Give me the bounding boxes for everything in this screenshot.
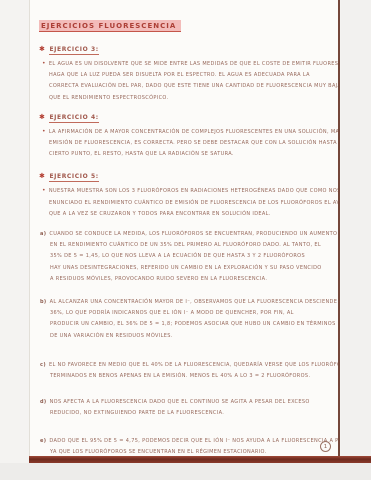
page-number-badge: 1	[320, 441, 331, 452]
handwritten-line: a)CUANDO SE CONDUCE LA MEDIDA, LOS FLUOR…	[40, 229, 333, 240]
dot-bullet-icon: •	[42, 128, 46, 135]
handwritten-line: ENUNCIADO EL RENDIMIENTO CUÁNTICO DE EMI…	[42, 198, 333, 209]
item-label: c)	[40, 362, 46, 368]
line-text: NOS AFECTA A LA FLUORESCENCIA DADO QUE E…	[50, 399, 310, 405]
handwritten-line: QUE A LA VEZ SE CRUZARON Y TODOS PARA EN…	[42, 209, 333, 220]
section-heading-ejercicio-3: ✱EJERCICIO 3:	[39, 45, 333, 53]
section-heading-label: EJERCICIO 5:	[49, 173, 98, 182]
notebook-page: EJERCICIOS FLUORESCENCIA ✱EJERCICIO 3: •…	[29, 0, 340, 457]
handwritten-line: •NUESTRA MUESTRA SON LOS 3 FLUORÓFOROS E…	[42, 185, 333, 197]
handwritten-line: EMISIÓN DE FLUORESCENCIA, ES CORRECTA. P…	[42, 138, 333, 149]
handwritten-line: REDUCIDO, NO EXTINGUIENDO PARTE DE LA FL…	[40, 408, 333, 419]
dot-bullet-icon: •	[42, 187, 46, 194]
handwritten-line: PRODUCIR UN CAMBIO, EL 36% DE 5 = 1,8; P…	[40, 319, 333, 330]
page-number: 1	[324, 444, 328, 450]
page-content: EJERCICIOS FLUORESCENCIA ✱EJERCICIO 3: •…	[38, 13, 333, 457]
handwritten-line: EN EL RENDIMIENTO CUÁNTICO DE UN 35% DEL…	[40, 240, 333, 251]
star-bullet-icon: ✱	[39, 172, 45, 180]
handwritten-line: c)EL NO FAVORECE EN MEDIO QUE EL 40% DE …	[40, 360, 333, 371]
handwritten-line: e)DADO QUE EL 95% DE 5 = 4,75, PODEMOS D…	[40, 436, 333, 447]
handwritten-line: b)AL ALCANZAR UNA CONCENTRACIÓN MAYOR DE…	[40, 297, 333, 308]
background-below-page	[0, 463, 371, 480]
notebook-cover-edge	[29, 456, 371, 463]
item-label: e)	[40, 438, 46, 444]
paragraph-ejercicio-4: •LA AFIRMACIÓN DE A MAYOR CONCENTRACIÓN …	[42, 126, 333, 161]
handwritten-line: A RESIDUOS MÓVILES, PROVOCANDO RUIDO SEV…	[40, 274, 333, 285]
handwritten-line: CIERTO PUNTO, EL RESTO, HASTA QUE LA RAD…	[42, 149, 333, 160]
paragraph-ejercicio-5-intro: •NUESTRA MUESTRA SON LOS 3 FLUORÓFOROS E…	[42, 185, 333, 220]
handwritten-line: CORRECTA EVALUACIÓN DEL PAR, DADO QUE ES…	[42, 81, 333, 92]
dot-bullet-icon: •	[42, 60, 46, 67]
line-text: DADO QUE EL 95% DE 5 = 4,75, PODEMOS DEC…	[49, 438, 340, 444]
handwritten-line: TERMINADOS EN BENOS APENAS EN LA EMISIÓN…	[40, 371, 333, 382]
item-label: d)	[40, 399, 47, 405]
line-text: EL NO FAVORECE EN MEDIO QUE EL 40% DE LA…	[49, 362, 340, 368]
line-text: AL ALCANZAR UNA CONCENTRACIÓN MAYOR DE I…	[50, 299, 340, 305]
page-title-text: EJERCICIOS FLUORESCENCIA	[39, 20, 181, 32]
answer-item-e: e)DADO QUE EL 95% DE 5 = 4,75, PODEMOS D…	[40, 436, 333, 457]
section-heading-ejercicio-4: ✱EJERCICIO 4:	[39, 113, 333, 121]
line-text: NUESTRA MUESTRA SON LOS 3 FLUORÓFOROS EN…	[49, 188, 340, 194]
answer-item-a: a)CUANDO SE CONDUCE LA MEDIDA, LOS FLUOR…	[40, 229, 333, 285]
handwritten-line: d)NOS AFECTA A LA FLUORESCENCIA DADO QUE…	[40, 397, 333, 408]
handwritten-line: •LA AFIRMACIÓN DE A MAYOR CONCENTRACIÓN …	[42, 126, 333, 138]
handwritten-line: QUE EL RENDIMIENTO ESPECTROSCÓPICO.	[42, 93, 333, 104]
handwritten-line: 35% DE 5 = 1,45, LO QUE NOS LLEVA A LA E…	[40, 251, 333, 262]
handwritten-line: •EL AGUA ES UN DISOLVENTE QUE SE MIDE EN…	[42, 58, 333, 70]
section-heading-label: EJERCICIO 4:	[49, 114, 98, 123]
handwritten-line: HAGA QUE LA LUZ PUEDA SER DISUELTA POR E…	[42, 70, 333, 81]
item-label: b)	[40, 299, 47, 305]
line-text: EL AGUA ES UN DISOLVENTE QUE SE MIDE ENT…	[49, 61, 340, 67]
answer-item-d: d)NOS AFECTA A LA FLUORESCENCIA DADO QUE…	[40, 397, 333, 419]
line-text: LA AFIRMACIÓN DE A MAYOR CONCENTRACIÓN D…	[49, 129, 340, 135]
paragraph-ejercicio-3: •EL AGUA ES UN DISOLVENTE QUE SE MIDE EN…	[42, 58, 333, 104]
section-heading-label: EJERCICIO 3:	[49, 46, 98, 55]
answer-item-c: c)EL NO FAVORECE EN MEDIO QUE EL 40% DE …	[40, 360, 333, 382]
page-title: EJERCICIOS FLUORESCENCIA	[39, 13, 181, 32]
item-label: a)	[40, 231, 46, 237]
section-heading-ejercicio-5: ✱EJERCICIO 5:	[39, 172, 333, 180]
page-right-background	[341, 0, 371, 456]
star-bullet-icon: ✱	[39, 113, 45, 121]
answer-item-b: b)AL ALCANZAR UNA CONCENTRACIÓN MAYOR DE…	[40, 297, 333, 342]
handwritten-line: HAY UNAS DESINTEGRACIONES, REFERIDO UN C…	[40, 263, 333, 274]
handwritten-line: DE UNA VARIACIÓN EN RESIDUOS MÓVILES.	[40, 331, 333, 342]
handwritten-line: 36%, LO QUE PODRÍA INDICARNOS QUE EL IÓN…	[40, 308, 333, 319]
line-text: CUANDO SE CONDUCE LA MEDIDA, LOS FLUORÓF…	[49, 231, 337, 237]
star-bullet-icon: ✱	[39, 45, 45, 53]
notebook-photo: EJERCICIOS FLUORESCENCIA ✱EJERCICIO 3: •…	[0, 0, 371, 480]
